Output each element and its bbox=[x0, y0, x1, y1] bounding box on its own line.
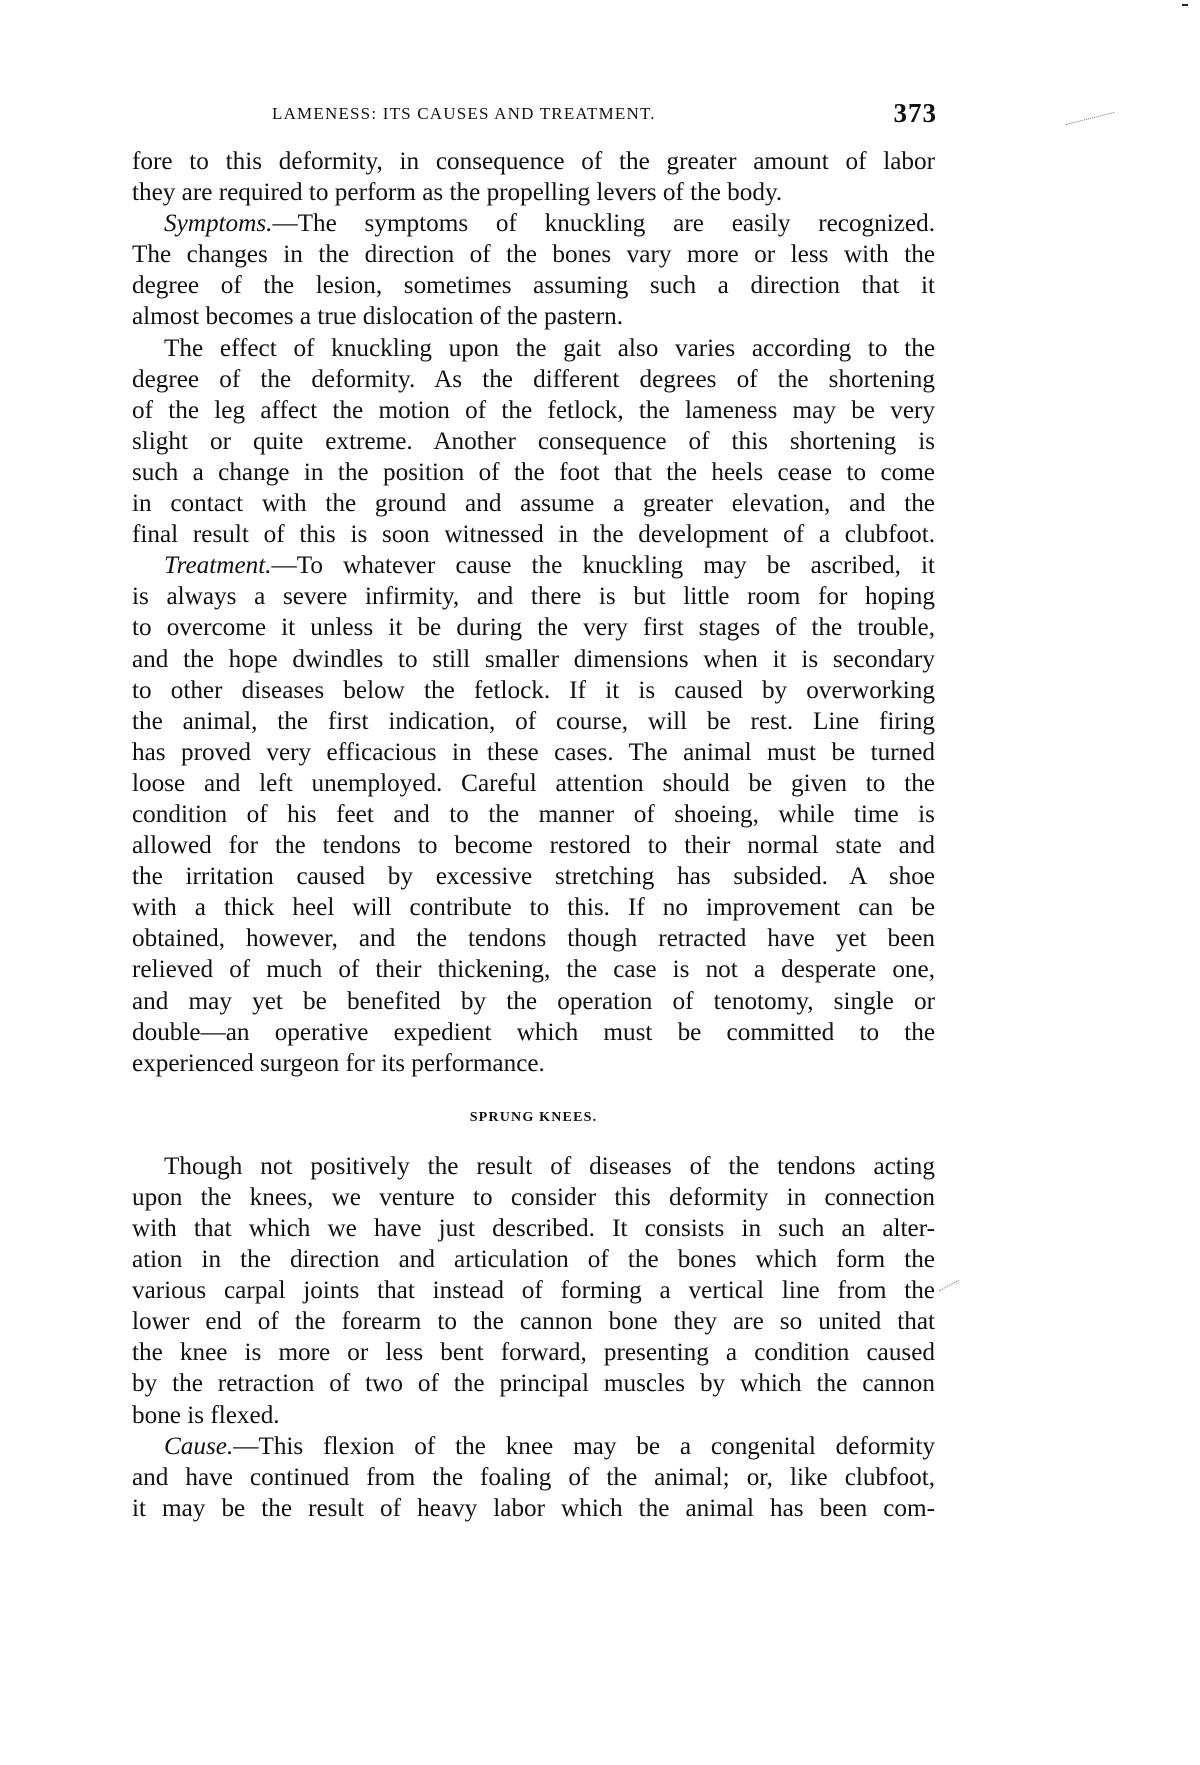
paragraph-treatment: Treatment.—To whatever cause the knuckli… bbox=[132, 550, 935, 1079]
text-line: is always a severe infirmity, and there … bbox=[132, 581, 935, 612]
text-line: double—an operative expedient which must… bbox=[132, 1017, 935, 1048]
running-title: LAMENESS: ITS CAUSES AND TREATMENT. bbox=[272, 104, 656, 124]
text-line: such a change in the position of the foo… bbox=[132, 457, 935, 488]
text-line: final result of this is soon witnessed i… bbox=[132, 519, 935, 550]
text-line: with that which we have just described. … bbox=[132, 1213, 935, 1244]
text-line: Though not positively the result of dise… bbox=[132, 1151, 935, 1182]
text-line: in contact with the ground and assume a … bbox=[132, 488, 935, 519]
text-line: they are required to perform as the prop… bbox=[132, 177, 935, 208]
text-line: the knee is more or less bent forward, p… bbox=[132, 1337, 935, 1368]
text-run: —The symptoms of knuckling are easily re… bbox=[272, 210, 935, 237]
text-line: obtained, however, and the tendons thoug… bbox=[132, 923, 935, 954]
text-line: various carpal joints that instead of fo… bbox=[132, 1275, 935, 1306]
run-in-heading: Treatment. bbox=[164, 552, 272, 579]
text-line: experienced surgeon for its performance. bbox=[132, 1048, 935, 1079]
page-number: 373 bbox=[894, 98, 938, 129]
text-line: and have continued from the foaling of t… bbox=[132, 1462, 935, 1493]
text-line: to overcome it unless it be during the v… bbox=[132, 612, 935, 643]
text-line: condition of his feet and to the manner … bbox=[132, 799, 935, 830]
text-line: degree of the lesion, sometimes assuming… bbox=[132, 270, 935, 301]
text-line: bone is flexed. bbox=[132, 1400, 935, 1431]
paragraph: The effect of knuckling upon the gait al… bbox=[132, 333, 935, 551]
text-line: almost becomes a true dislocation of the… bbox=[132, 301, 935, 332]
paragraph: Though not positively the result of dise… bbox=[132, 1151, 935, 1431]
book-page: LAMENESS: ITS CAUSES AND TREATMENT. 373 … bbox=[0, 0, 1200, 1765]
run-in-heading: Cause. bbox=[164, 1433, 233, 1460]
text-line: of the leg affect the motion of the fetl… bbox=[132, 395, 935, 426]
paragraph: fore to this deformity, in consequence o… bbox=[132, 146, 935, 208]
text-line: loose and left unemployed. Careful atten… bbox=[132, 768, 935, 799]
text-line: ation in the direction and articulation … bbox=[132, 1244, 935, 1275]
text-line: upon the knees, we venture to consider t… bbox=[132, 1182, 935, 1213]
running-head: LAMENESS: ITS CAUSES AND TREATMENT. 373 bbox=[132, 98, 935, 132]
text-line: allowed for the tendons to become restor… bbox=[132, 830, 935, 861]
text-line: has proved very efficacious in these cas… bbox=[132, 737, 935, 768]
paragraph-symptoms: Symptoms.—The symptoms of knuckling are … bbox=[132, 208, 935, 332]
text-line: to other diseases below the fetlock. If … bbox=[132, 675, 935, 706]
text-line: slight or quite extreme. Another consequ… bbox=[132, 426, 935, 457]
text-line: degree of the deformity. As the differen… bbox=[132, 364, 935, 395]
text-line: and may yet be benefited by the operatio… bbox=[132, 986, 935, 1017]
paragraph-cause: Cause.—This flexion of the knee may be a… bbox=[132, 1431, 935, 1524]
text-line: and the hope dwindles to still smaller d… bbox=[132, 644, 935, 675]
scan-mark bbox=[939, 1280, 959, 1291]
section-heading: SPRUNG KNEES. bbox=[132, 1087, 935, 1149]
run-in-heading: Symptoms. bbox=[164, 210, 272, 237]
text-line: Treatment.—To whatever cause the knuckli… bbox=[132, 550, 935, 581]
text-run: —This flexion of the knee may be a conge… bbox=[233, 1433, 935, 1460]
text-line: by the retraction of two of the principa… bbox=[132, 1368, 935, 1399]
text-line: relieved of much of their thickening, th… bbox=[132, 954, 935, 985]
text-line: Cause.—This flexion of the knee may be a… bbox=[132, 1431, 935, 1462]
text-line: The effect of knuckling upon the gait al… bbox=[132, 333, 935, 364]
page-body: fore to this deformity, in consequence o… bbox=[132, 146, 935, 1524]
text-line: with a thick heel will contribute to thi… bbox=[132, 892, 935, 923]
text-line: the animal, the first indication, of cou… bbox=[132, 706, 935, 737]
text-line: lower end of the forearm to the cannon b… bbox=[132, 1306, 935, 1337]
text-line: the irritation caused by excessive stret… bbox=[132, 861, 935, 892]
text-line: The changes in the direction of the bone… bbox=[132, 239, 935, 270]
text-line: fore to this deformity, in consequence o… bbox=[132, 146, 935, 177]
text-line: Symptoms.—The symptoms of knuckling are … bbox=[132, 208, 935, 239]
text-run: —To whatever cause the knuckling may be … bbox=[272, 552, 935, 579]
scan-mark bbox=[1066, 112, 1115, 125]
text-line: it may be the result of heavy labor whic… bbox=[132, 1493, 935, 1524]
scan-mark bbox=[1182, 4, 1188, 6]
